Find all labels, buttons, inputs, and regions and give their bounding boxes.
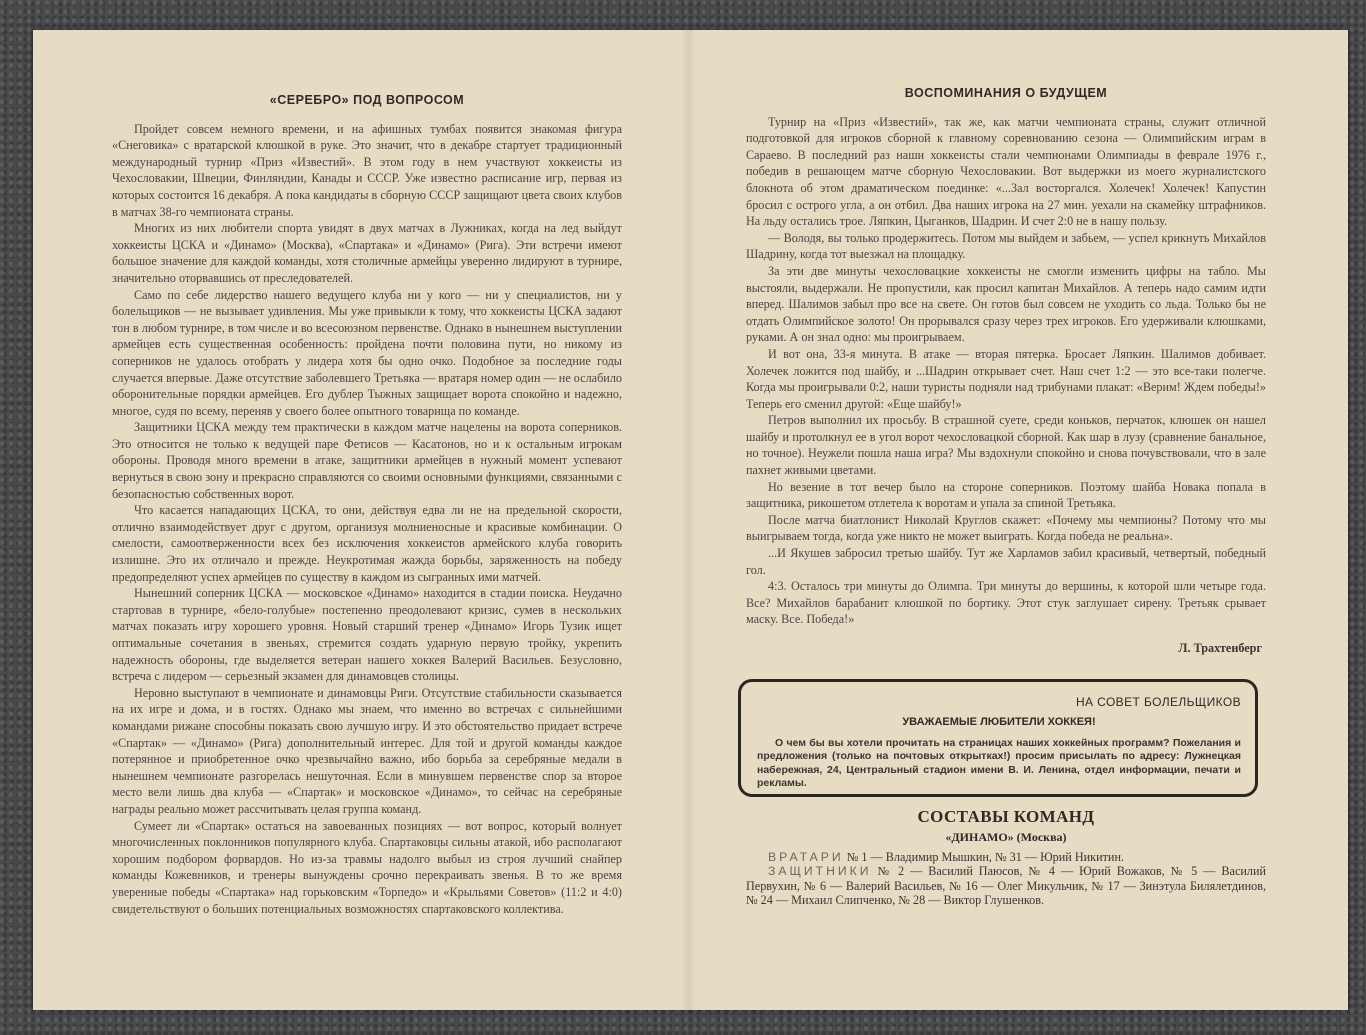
goalkeepers-list: № 1 — Владимир Мышкин, № 31 — Юрий Никит… bbox=[847, 850, 1124, 864]
paragraph: Петров выполнил их просьбу. В страшной с… bbox=[746, 412, 1266, 478]
paragraph: После матча биатлонист Николай Круглов с… bbox=[746, 512, 1266, 545]
paragraph: Турнир на «Приз «Известий», так же, как … bbox=[746, 114, 1266, 230]
right-page: ВОСПОМИНАНИЯ О БУДУЩЕМ Турнир на «Приз «… bbox=[746, 85, 1266, 908]
paragraph: — Володя, вы только продержитесь. Потом … bbox=[746, 230, 1266, 263]
paragraph: Нынешний соперник ЦСКА — московское «Дин… bbox=[112, 585, 622, 685]
right-article-title: ВОСПОМИНАНИЯ О БУДУЩЕМ bbox=[746, 85, 1266, 102]
lineups-title: СОСТАВЫ КОМАНД bbox=[746, 809, 1266, 826]
position-label: ВРАТАРИ bbox=[768, 850, 844, 864]
author-signature: Л. Трахтенберг bbox=[746, 640, 1262, 657]
left-page: «СЕРЕБРО» ПОД ВОПРОСОМ Пройдет совсем не… bbox=[112, 92, 622, 917]
defenders-row: ЗАЩИТНИКИ № 2 — Василий Паюсов, № 4 — Юр… bbox=[746, 864, 1266, 908]
paragraph: Многих из них любители спорта увидят в д… bbox=[112, 220, 622, 286]
paragraph: И вот она, 33-я минута. В атаке — вторая… bbox=[746, 346, 1266, 412]
team-name: «ДИНАМО» (Москва) bbox=[746, 829, 1266, 846]
paragraph: Сумеет ли «Спартак» остаться на завоеван… bbox=[112, 818, 622, 918]
paragraph: Защитники ЦСКА между тем практически в к… bbox=[112, 419, 622, 502]
center-fold bbox=[682, 30, 696, 1010]
advice-text: О чем бы вы хотели прочитать на страница… bbox=[757, 737, 1241, 791]
paragraph: ...И Якушев забросил третью шайбу. Тут ж… bbox=[746, 545, 1266, 578]
paragraph: Но везение в тот вечер было на стороне с… bbox=[746, 479, 1266, 512]
paragraph: Пройдет совсем немного времени, и на афи… bbox=[112, 121, 622, 221]
fan-advice-box: НА СОВЕТ БОЛЕЛЬЩИКОВ УВАЖАЕМЫЕ ЛЮБИТЕЛИ … bbox=[738, 679, 1258, 797]
paragraph: Неровно выступают в чемпионате и динамов… bbox=[112, 685, 622, 818]
advice-heading: УВАЖАЕМЫЕ ЛЮБИТЕЛИ ХОККЕЯ! bbox=[757, 714, 1241, 731]
advice-rubric: НА СОВЕТ БОЛЕЛЬЩИКОВ bbox=[757, 694, 1241, 711]
position-label: ЗАЩИТНИКИ bbox=[768, 864, 872, 878]
left-article-title: «СЕРЕБРО» ПОД ВОПРОСОМ bbox=[112, 92, 622, 109]
paragraph: Что касается нападающих ЦСКА, то они, де… bbox=[112, 502, 622, 585]
paragraph: Само по себе лидерство нашего ведущего к… bbox=[112, 287, 622, 420]
paragraph: 4:3. Осталось три минуты до Олимпа. Три … bbox=[746, 578, 1266, 628]
goalkeepers-row: ВРАТАРИ № 1 — Владимир Мышкин, № 31 — Юр… bbox=[746, 850, 1266, 865]
paragraph: За эти две минуты чехословацкие хоккеист… bbox=[746, 263, 1266, 346]
